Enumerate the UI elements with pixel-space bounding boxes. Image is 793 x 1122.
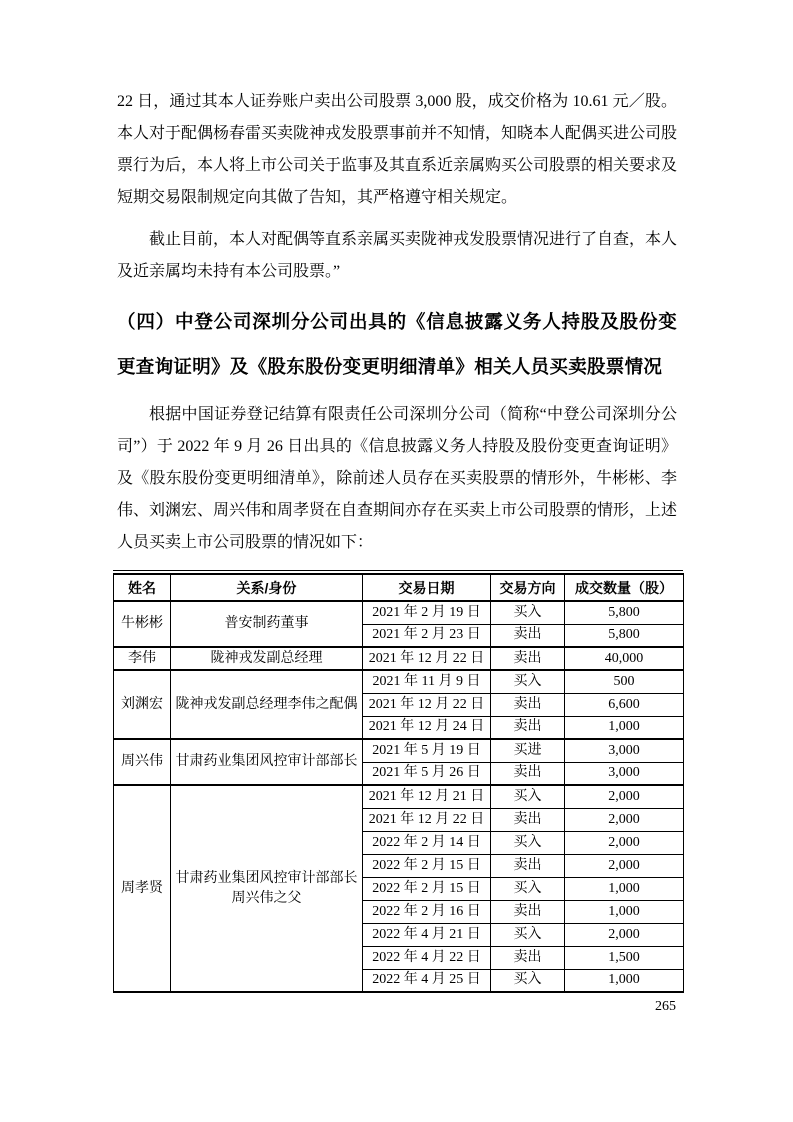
- cell-trade-quantity: 1,000: [565, 716, 684, 739]
- col-header-quantity: 成交数量（股）: [565, 574, 684, 601]
- cell-trade-quantity: 1,000: [565, 900, 684, 923]
- cell-trade-quantity: 5,800: [565, 624, 684, 647]
- paragraph-self-check: 截止目前，本人对配偶等直系亲属买卖陇神戎发股票情况进行了自查，本人及近亲属均未持…: [117, 224, 677, 288]
- trades-table-wrapper: 姓名 关系/身份 交易日期 交易方向 成交数量（股） 牛彬彬 普安制药董事 20…: [113, 570, 683, 993]
- cell-trade-direction: 卖出: [491, 624, 565, 647]
- table-row: 刘渊宏 陇神戎发副总经理李伟之配偶 2021 年 11 月 9 日 买入 500: [114, 670, 684, 693]
- table-row: 牛彬彬 普安制药董事 2021 年 2 月 19 日 买入 5,800: [114, 601, 684, 624]
- paragraph-table-intro: 根据中国证券登记结算有限责任公司深圳分公司（简称“中登公司深圳分公司”）于 20…: [117, 399, 677, 559]
- cell-trade-quantity: 2,000: [565, 854, 684, 877]
- table-row: 周孝贤 甘肃药业集团风控审计部部长 周兴伟之父 2021 年 12 月 21 日…: [114, 785, 684, 808]
- col-header-name: 姓名: [114, 574, 171, 601]
- trades-table: 姓名 关系/身份 交易日期 交易方向 成交数量（股） 牛彬彬 普安制药董事 20…: [113, 573, 684, 993]
- cell-trade-date: 2021 年 12 月 22 日: [363, 647, 491, 670]
- cell-trade-date: 2022 年 4 月 22 日: [363, 946, 491, 969]
- cell-trade-date: 2022 年 2 月 16 日: [363, 900, 491, 923]
- cell-trade-direction: 买入: [491, 785, 565, 808]
- cell-relation: 甘肃药业集团风控审计部部长 周兴伟之父: [171, 785, 363, 992]
- cell-trade-quantity: 1,000: [565, 969, 684, 992]
- cell-trade-date: 2021 年 12 月 24 日: [363, 716, 491, 739]
- cell-trade-direction: 买入: [491, 877, 565, 900]
- cell-trade-direction: 卖出: [491, 808, 565, 831]
- cell-person-name: 牛彬彬: [114, 601, 171, 647]
- cell-trade-direction: 买入: [491, 831, 565, 854]
- cell-trade-direction: 卖出: [491, 900, 565, 923]
- page-content: 22 日，通过其本人证券账户卖出公司股票 3,000 股，成交价格为 10.61…: [117, 86, 677, 993]
- cell-trade-quantity: 5,800: [565, 601, 684, 624]
- section-heading: （四）中登公司深圳分公司出具的《信息披露义务人持股及股份变更查询证明》及《股东股…: [117, 299, 677, 389]
- cell-trade-direction: 卖出: [491, 854, 565, 877]
- cell-trade-date: 2021 年 2 月 23 日: [363, 624, 491, 647]
- paragraph-continuation: 22 日，通过其本人证券账户卖出公司股票 3,000 股，成交价格为 10.61…: [117, 86, 677, 214]
- cell-trade-date: 2021 年 5 月 19 日: [363, 739, 491, 762]
- cell-trade-direction: 买入: [491, 923, 565, 946]
- cell-trade-quantity: 2,000: [565, 923, 684, 946]
- cell-trade-quantity: 1,500: [565, 946, 684, 969]
- cell-trade-date: 2021 年 2 月 19 日: [363, 601, 491, 624]
- cell-trade-direction: 卖出: [491, 716, 565, 739]
- cell-relation: 陇神戎发副总经理李伟之配偶: [171, 670, 363, 739]
- cell-trade-direction: 买入: [491, 601, 565, 624]
- cell-trade-direction: 卖出: [491, 693, 565, 716]
- cell-trade-direction: 买入: [491, 969, 565, 992]
- cell-person-name: 周兴伟: [114, 739, 171, 785]
- cell-trade-date: 2021 年 12 月 21 日: [363, 785, 491, 808]
- cell-trade-quantity: 3,000: [565, 762, 684, 785]
- cell-trade-date: 2022 年 4 月 21 日: [363, 923, 491, 946]
- col-header-date: 交易日期: [363, 574, 491, 601]
- cell-trade-date: 2021 年 12 月 22 日: [363, 808, 491, 831]
- cell-trade-date: 2021 年 12 月 22 日: [363, 693, 491, 716]
- cell-trade-quantity: 500: [565, 670, 684, 693]
- cell-trade-date: 2022 年 2 月 15 日: [363, 854, 491, 877]
- cell-trade-quantity: 3,000: [565, 739, 684, 762]
- cell-person-name: 刘渊宏: [114, 670, 171, 739]
- col-header-relation: 关系/身份: [171, 574, 363, 601]
- cell-relation: 普安制药董事: [171, 601, 363, 647]
- table-row: 李伟 陇神戎发副总经理 2021 年 12 月 22 日 卖出 40,000: [114, 647, 684, 670]
- table-row: 周兴伟 甘肃药业集团风控审计部部长 2021 年 5 月 19 日 买进 3,0…: [114, 739, 684, 762]
- cell-person-name: 周孝贤: [114, 785, 171, 992]
- cell-relation: 甘肃药业集团风控审计部部长: [171, 739, 363, 785]
- document-page: 22 日，通过其本人证券账户卖出公司股票 3,000 股，成交价格为 10.61…: [0, 0, 793, 1122]
- cell-person-name: 李伟: [114, 647, 171, 670]
- cell-trade-direction: 卖出: [491, 647, 565, 670]
- cell-trade-quantity: 1,000: [565, 877, 684, 900]
- page-number: 265: [655, 999, 676, 1015]
- cell-trade-date: 2022 年 2 月 15 日: [363, 877, 491, 900]
- cell-trade-date: 2022 年 2 月 14 日: [363, 831, 491, 854]
- cell-trade-quantity: 2,000: [565, 808, 684, 831]
- table-body: 牛彬彬 普安制药董事 2021 年 2 月 19 日 买入 5,800 2021…: [114, 601, 684, 992]
- cell-trade-date: 2022 年 4 月 25 日: [363, 969, 491, 992]
- cell-trade-date: 2021 年 5 月 26 日: [363, 762, 491, 785]
- cell-relation: 陇神戎发副总经理: [171, 647, 363, 670]
- cell-trade-direction: 卖出: [491, 762, 565, 785]
- cell-trade-quantity: 2,000: [565, 785, 684, 808]
- cell-trade-direction: 卖出: [491, 946, 565, 969]
- cell-trade-quantity: 6,600: [565, 693, 684, 716]
- cell-trade-quantity: 40,000: [565, 647, 684, 670]
- table-header: 姓名 关系/身份 交易日期 交易方向 成交数量（股）: [114, 574, 684, 601]
- cell-trade-date: 2021 年 11 月 9 日: [363, 670, 491, 693]
- cell-trade-direction: 买进: [491, 739, 565, 762]
- col-header-direction: 交易方向: [491, 574, 565, 601]
- table-header-row: 姓名 关系/身份 交易日期 交易方向 成交数量（股）: [114, 574, 684, 601]
- cell-trade-direction: 买入: [491, 670, 565, 693]
- cell-trade-quantity: 2,000: [565, 831, 684, 854]
